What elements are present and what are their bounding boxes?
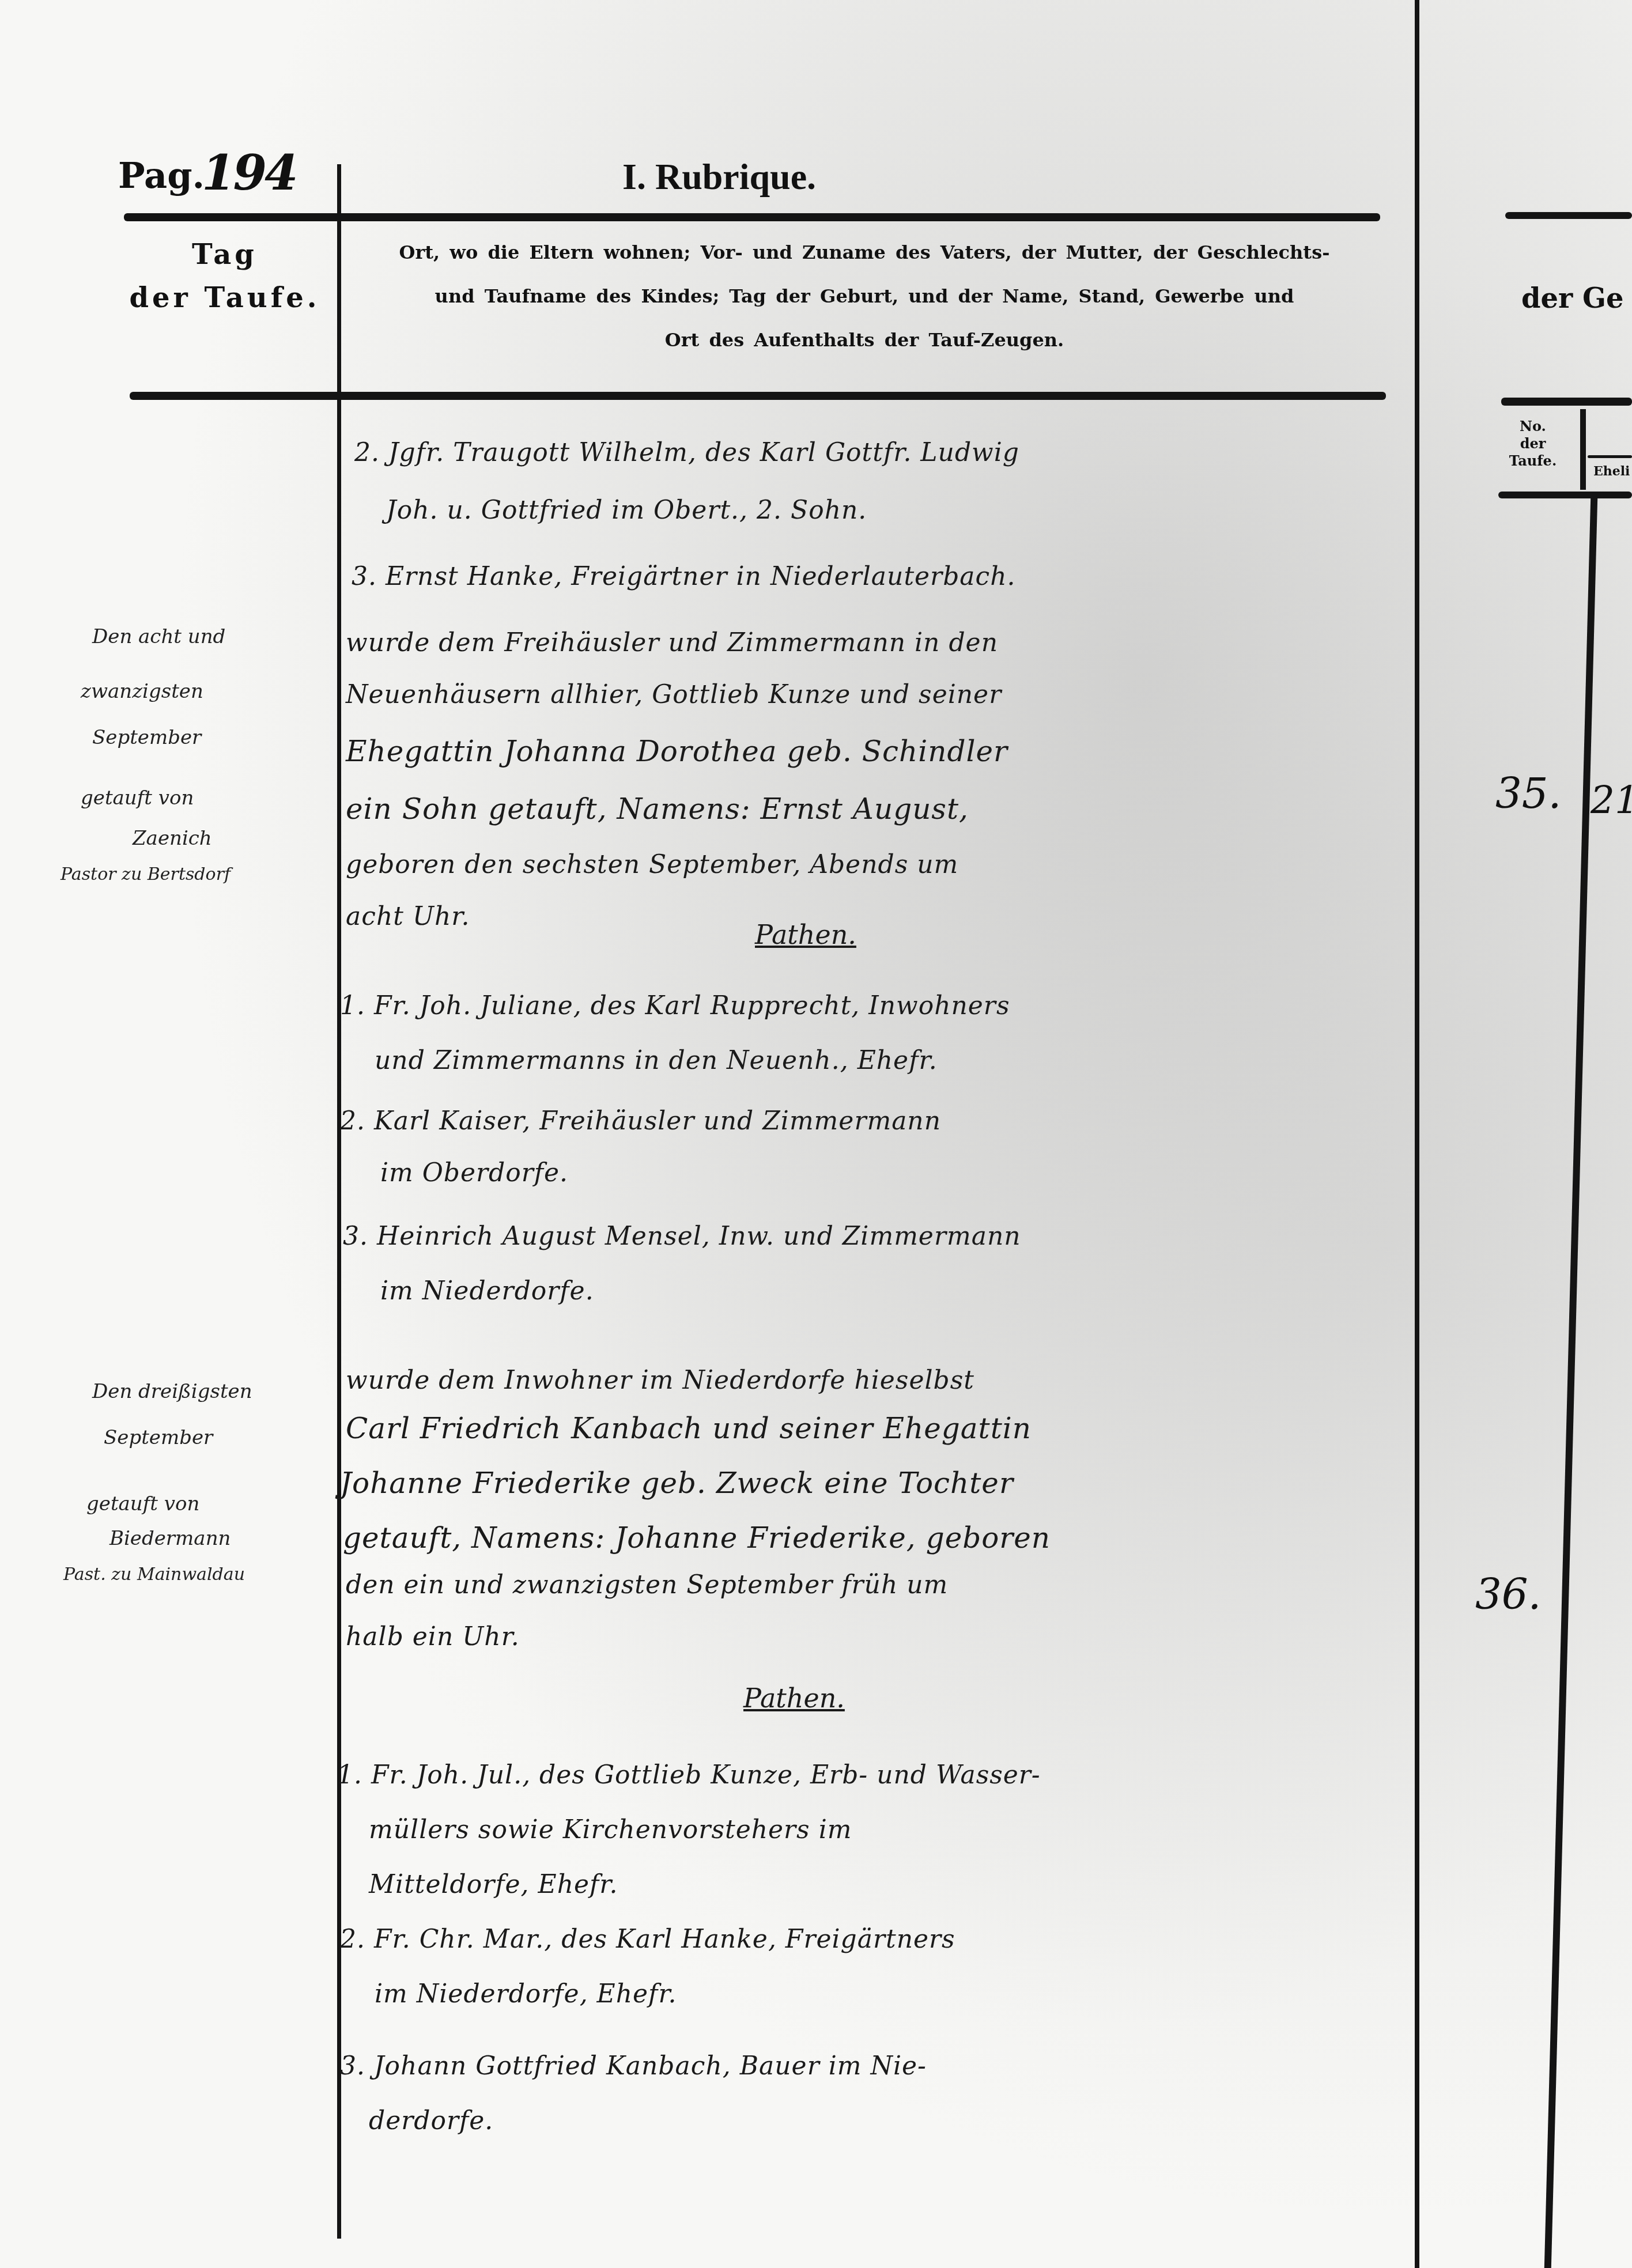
page-gutter (1415, 0, 1419, 2268)
entry-body-line: Neuenhäusern allhier, Gottlieb Kunze und… (346, 680, 1002, 709)
continuation-line: 3. Ernst Hanke, Freigärtner in Niederlau… (352, 562, 1016, 591)
page-label: Pag. (118, 154, 205, 196)
right-column-divider (1544, 498, 1597, 2268)
entry-body-line: Johanne Friederike geb. Zweck eine Tocht… (340, 1466, 1014, 1500)
column-header-number-line2: der (1498, 435, 1567, 452)
right-rule-top (1505, 212, 1632, 219)
godparent-line: derdorfe. (369, 2106, 493, 2135)
entry-body-line: ein Sohn getauft, Namens: Ernst August, (346, 792, 969, 826)
entry-body-line: halb ein Uhr. (346, 1622, 520, 1651)
godparent-line: im Oberdorfe. (380, 1158, 568, 1188)
margin-note-line: Den dreißigsten (92, 1380, 252, 1403)
page-number: 194 (202, 144, 296, 201)
margin-note-line: getauft von (81, 787, 194, 810)
entry-body-line: geboren den sechsten September, Abends u… (346, 850, 958, 879)
godparent-line: im Niederdorfe, Ehefr. (375, 1979, 677, 2009)
column-header-number: No. der Taufe. (1498, 418, 1567, 470)
column-header-date-line2: der Taufe. (115, 277, 334, 320)
margin-note-line: Biedermann (109, 1527, 231, 1550)
margin-note-line: September (92, 726, 201, 749)
godparents-heading: Pathen. (755, 919, 856, 950)
continuation-line: Joh. u. Gottfried im Obert., 2. Sohn. (386, 496, 867, 525)
header-rule-bottom (130, 392, 1386, 400)
column-header-details: Ort, wo die Eltern wohnen; Vor- und Zuna… (357, 230, 1372, 362)
godparent-line: im Niederdorfe. (380, 1276, 594, 1306)
godparent-line: 2. Karl Kaiser, Freihäusler und Zimmerma… (340, 1106, 941, 1136)
column-header-details-line3: Ort des Aufenthalts der Tauf-Zeugen. (357, 318, 1372, 362)
entry-number-35: 35. (1495, 769, 1562, 818)
continuation-line: 2. Jgfr. Traugott Wilhelm, des Karl Gott… (354, 438, 1019, 467)
margin-note-line: Past. zu Mainwaldau (63, 1564, 245, 1585)
entry-number-36: 36. (1475, 1570, 1542, 1619)
header-rule-top (124, 213, 1380, 221)
column-header-date-line1: Tag (115, 233, 334, 277)
right-rule-mid (1501, 398, 1632, 406)
entry-body-line: getauft, Namens: Johanne Friederike, geb… (343, 1521, 1051, 1555)
column-header-details-line1: Ort, wo die Eltern wohnen; Vor- und Zuna… (357, 230, 1372, 274)
godparent-line: 3. Johann Gottfried Kanbach, Bauer im Ni… (340, 2051, 927, 2081)
godparents-heading: Pathen. (743, 1683, 845, 1714)
register-page: Pag. 194 I. Rubrique. Tag der Taufe. Ort… (0, 0, 1632, 2268)
right-rule-bottom (1498, 492, 1632, 498)
margin-note-line: Zaenich (133, 827, 212, 850)
margin-note-line: Pastor zu Bertsdorf (61, 864, 231, 884)
margin-note-line: September (104, 1426, 213, 1449)
column-header-date: Tag der Taufe. (115, 233, 334, 320)
godparent-line: 1. Fr. Joh. Jul., des Gottlieb Kunze, Er… (337, 1760, 1041, 1790)
column-header-number-line3: Taufe. (1498, 452, 1567, 470)
margin-note-line: zwanzigsten (81, 680, 203, 703)
entry-body-line: wurde dem Freihäusler und Zimmermann in … (346, 628, 998, 657)
column-header-details-line2: und Taufname des Kindes; Tag der Geburt,… (357, 274, 1372, 318)
godparent-line: Mitteldorfe, Ehefr. (369, 1870, 618, 1899)
column-header-number-line1: No. (1498, 418, 1567, 435)
right-page-heading: der Ge (1521, 282, 1624, 315)
margin-note-line: getauft von (86, 1492, 199, 1515)
section-title: I. Rubrique. (622, 156, 816, 198)
godparent-line: müllers sowie Kirchenvorstehers im (369, 1815, 852, 1844)
margin-note-line: Den acht und (92, 625, 225, 648)
entry-body-line: Ehegattin Johanna Dorothea geb. Schindle… (346, 735, 1008, 768)
entry-body-line: den ein und zwanzigsten September früh u… (346, 1570, 948, 1600)
godparent-line: und Zimmermanns in den Neuenh., Ehefr. (375, 1046, 938, 1075)
godparent-line: 3. Heinrich August Mensel, Inw. und Zimm… (343, 1222, 1021, 1251)
entry-body-line: wurde dem Inwohner im Niederdorfe hiesel… (346, 1366, 974, 1395)
column-header-legitimate: Eheli (1593, 464, 1630, 479)
right-column-divider-top (1580, 409, 1586, 490)
entry-body-line: acht Uhr. (346, 902, 470, 931)
entry-date-partial: 21 (1591, 778, 1632, 822)
godparent-line: 2. Fr. Chr. Mar., des Karl Hanke, Freigä… (340, 1925, 955, 1954)
entry-body-line: Carl Friedrich Kanbach und seiner Ehegat… (346, 1412, 1032, 1445)
right-rule-sub (1588, 455, 1632, 458)
godparent-line: 1. Fr. Joh. Juliane, des Karl Rupprecht,… (340, 991, 1010, 1020)
